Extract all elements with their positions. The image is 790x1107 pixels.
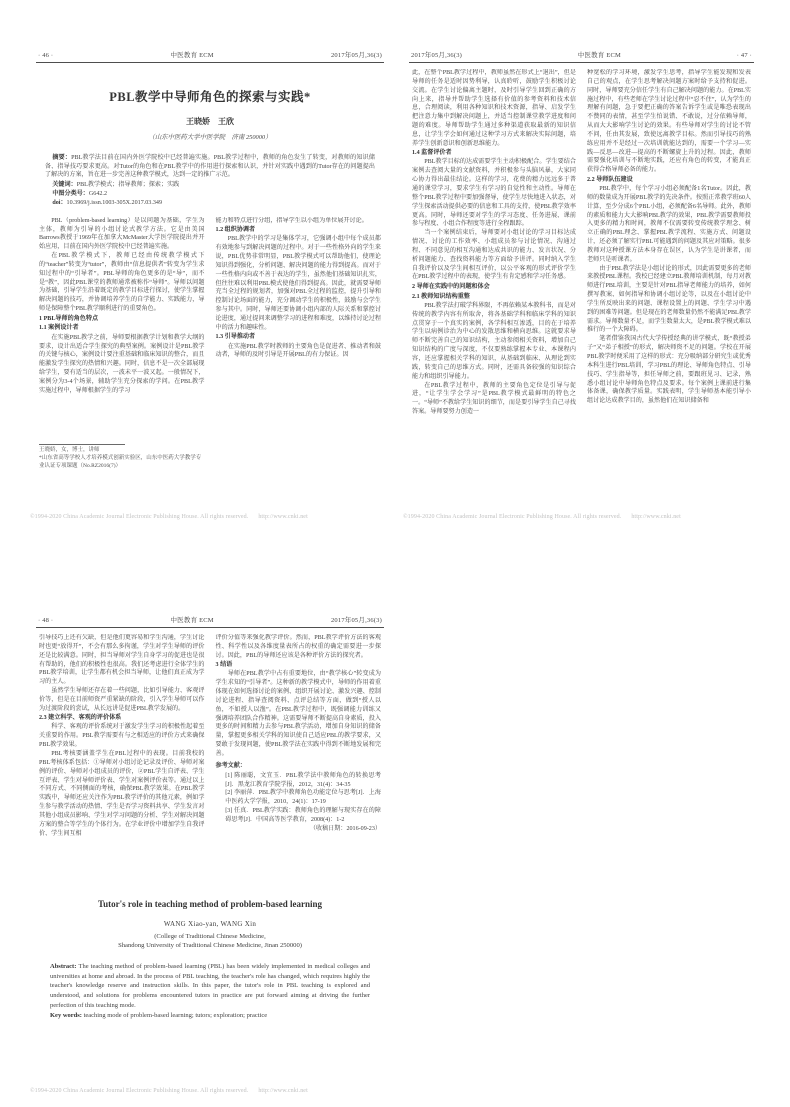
cnki-copyright-footer: ©1994-2020 China Academic Journal Electr… (30, 514, 308, 520)
paragraph: 虽然学生导师还存在着一些问题，比如引导能力、客观评价等，但是在目前师资严重紧缺的… (39, 687, 205, 714)
paragraph: 科学、客观的评价系统对于激发学生学习的积极性起着至关重要的作用。PBL教学需要有… (39, 723, 205, 750)
column-right: 能力和特点进行分组，指导学生以小组为单位展开讨论。 1.2 组织协调者 PBL教… (216, 217, 382, 471)
page-48: · 48 · 中医教育 ECM 2017年05月,36(3) 引导技巧上还有欠缺… (30, 595, 390, 1067)
paragraph: 此，在整个PBL教学过程中，教师虽然在形式上“退出”，但是导师的任务是适时因势利… (412, 69, 576, 149)
copyright-text: ©1994-2020 China Academic Journal Electr… (30, 514, 248, 520)
abstract-label: 摘要： (52, 155, 71, 161)
footnote-rule (39, 444, 125, 445)
cnki-copyright-footer: ©1994-2020 China Academic Journal Electr… (30, 1088, 308, 1094)
section-heading: 1 PBL导师的角色特点 (39, 315, 205, 324)
abstract-block: 摘要：PBL教学法目前在国内外医学院校中已经普遍实施。PBL教学过程中，教师的角… (45, 154, 375, 208)
footnote-fund: *山东省高等学校人才培养模式创新实验区，山东中医药大学教学专业认证专项课题（No… (39, 455, 205, 471)
references-heading: 参考文献： (216, 762, 382, 771)
english-abstract: Abstract: The teaching method of problem… (50, 962, 370, 1021)
paragraph: PBL（problem-based learning）是以问题为基础，学生为主体… (39, 217, 205, 252)
journal-name: 中医教育 ECM (170, 615, 213, 624)
authors: 王晓娇 王欣 (30, 116, 390, 127)
english-abstract-block: Tutor's role in teaching method of probl… (30, 899, 390, 1021)
page-46: · 46 · 中医教育 ECM 2017年05月,36(3) PBL教学中导师角… (30, 30, 390, 508)
copyright-text: ©1994-2020 China Academic Journal Electr… (403, 514, 621, 520)
cnki-url: http://www.cnki.net (258, 1088, 308, 1094)
paragraph: 由于PBL教学法是小组讨论的形式，因此需要更多的老师来教授PBL课程。我校已经建… (587, 265, 751, 336)
paragraph: PBL考核要涵盖学生在PBL过程中的表现。目前我校的PBL考核体系包括：①导师对… (39, 750, 205, 838)
abstract-text: PBL教学法目前在国内外医学院校中已经普遍实施。PBL教学过程中，教师的角色发生… (45, 155, 375, 178)
reference-item: [1] 陈丽聪，文宜玉．PBL教学法中教师角色的转换思考[J]．黑龙江教育学院学… (216, 772, 382, 790)
paragraph: 引导技巧上还有欠缺，但是他们更容易和学生沟通，学生讨论时也更“放得开”，不会有那… (39, 634, 205, 687)
section-heading: 2 导师在实践中的问题和体会 (412, 283, 576, 292)
body-columns: 引导技巧上还有欠缺，但是他们更容易和学生沟通，学生讨论时也更“放得开”，不会有那… (30, 634, 390, 886)
page-header: · 46 · 中医教育 ECM 2017年05月,36(3) (36, 50, 384, 63)
clc-label: 中图分类号： (52, 191, 89, 197)
column-right: 种宽松的学习环境，激发学生思考，指导学生能发现和发表自己的观点，在学生思考解决问… (587, 69, 751, 461)
subsection-heading: 1.3 引导推动者 (216, 333, 382, 342)
paragraph: 在PBL教学过程中，教师的主要角色定位是引导与促进，“让学生学会学习”是PBL教… (412, 382, 576, 417)
page-47: 2017年05月,36(3) 中医教育 ECM · 47 · 此，在整个PBL教… (403, 30, 760, 508)
subsection-heading: 2.1 教师知识结构重整 (412, 293, 576, 302)
journal-name: 中医教育 ECM (170, 50, 213, 59)
affiliation: （山东中医药大学中医学院 济南 250000） (30, 132, 390, 141)
english-abstract-text: The teaching method of problem-based lea… (50, 963, 370, 1009)
page-header: · 48 · 中医教育 ECM 2017年05月,36(3) (36, 615, 384, 628)
paragraph: 导师在PBL教学中占有重要地位，由“教学核心”转变成为学生求知的“引导者”。这种… (216, 670, 382, 758)
column-left: PBL（problem-based learning）是以问题为基础，学生为主体… (39, 217, 205, 471)
paragraph: PBL教学中，每个学习小组必须配备1名Tutor。因此，教师的数量成为开展PBL… (587, 185, 751, 265)
keywords-text: PBL教学模式；指导教师；探索；实践 (77, 182, 180, 188)
english-title: Tutor's role in teaching method of probl… (40, 899, 380, 909)
section-heading: 3 结语 (216, 661, 382, 670)
cnki-url: http://www.cnki.net (258, 514, 308, 520)
english-keywords: Key words: teaching mode of problem-base… (50, 1011, 370, 1021)
clc-number: 中图分类号：G642.2 (45, 190, 375, 199)
subsection-heading: 2.2 导师队伍建设 (587, 176, 751, 185)
subsection-heading: 2.3 建立科学、客观的评价体系 (39, 714, 205, 723)
journal-name: 中医教育 ECM (578, 50, 621, 59)
issue-info: 2017年05月,36(3) (331, 615, 382, 624)
copyright-text: ©1994-2020 China Academic Journal Electr… (30, 1088, 248, 1094)
cnki-copyright-footer: ©1994-2020 China Academic Journal Electr… (403, 514, 681, 520)
doi: doi：10.3969/j.issn.1003-305X.2017.03.349 (45, 199, 375, 208)
english-abstract-paragraph: Abstract: The teaching method of problem… (50, 962, 370, 1011)
paragraph: PBL教学中的学习是集体学习，它强调小组中每个成员都有效地参与到解决问题的过程中… (216, 235, 382, 332)
reference-item: [3] 任真．PBL教学实践：教师角色的理解与现实存在的障碍思考[J]．中国高等… (216, 807, 382, 825)
column-right: 评价分值等来强化教学评价。然而，PBL教学评价方法的客观性、科学性以及各维度量表… (216, 634, 382, 886)
paragraph: 评价分值等来强化教学评价。然而，PBL教学评价方法的客观性、科学性以及各维度量表… (216, 634, 382, 661)
english-abstract-label: Abstract: (50, 963, 78, 970)
doi-value: 10.3969/j.issn.1003-305X.2017.03.349 (67, 200, 162, 206)
cnki-url: http://www.cnki.net (631, 514, 681, 520)
page-number: · 46 · (38, 52, 53, 59)
footnote-author: 王晓娇，女，博士，讲师 (39, 447, 205, 455)
subsection-heading: 1.2 组织协调者 (216, 226, 382, 235)
received-date: （收稿日期：2016-09-23） (216, 825, 382, 834)
paragraph: 能力和特点进行分组，指导学生以小组为单位展开讨论。 (216, 217, 382, 226)
doi-label: doi： (52, 200, 66, 206)
column-left: 此，在整个PBL教学过程中，教师虽然在形式上“退出”，但是导师的任务是适时因势利… (412, 69, 576, 461)
keywords-label: 关键词： (52, 182, 76, 188)
footnote: 王晓娇，女，博士，讲师 *山东省高等学校人才培养模式创新实验区，山东中医药大学教… (39, 444, 205, 470)
paragraph: PBL教学目标的达成需要学生主动积极配合。学生要结合案例去查阅大量的文献资料，并… (412, 158, 576, 229)
issue-info: 2017年05月,36(3) (331, 50, 382, 59)
english-affiliation-line2: Shandong University of Traditional Chine… (40, 941, 380, 950)
page-number: · 47 · (737, 52, 752, 59)
paragraph: 笔者借鉴我国古代大学传授经典的讲学模式，既“教授弟子”又“弟子相授”的形式，解决… (587, 335, 751, 406)
keywords: 关键词：PBL教学模式；指导教师；探索；实践 (45, 181, 375, 190)
column-left: 引导技巧上还有欠缺，但是他们更容易和学生沟通，学生讨论时也更“放得开”，不会有那… (39, 634, 205, 886)
reference-item: [2] 李丽萍．PBL教学中教师角色功能定位与思考[J]．上海中医药大学学报，2… (216, 789, 382, 807)
paragraph: 在实施PBL教学时教师的主要角色是促进者、推动者和鼓动者，导师的及时引导是开展P… (216, 343, 382, 361)
subsection-heading: 1.4 监督评价者 (412, 149, 576, 158)
abstract: 摘要：PBL教学法目前在国内外医学院校中已经普遍实施。PBL教学过程中，教师的角… (45, 154, 375, 180)
subsection-heading: 1.1 案例设计者 (39, 324, 205, 333)
english-keywords-label: Key words: (50, 1012, 84, 1019)
english-keywords-text: teaching mode of problem-based learning;… (84, 1012, 268, 1019)
issue-info: 2017年05月,36(3) (411, 50, 462, 59)
paragraph: 在实施PBL教学之前，导师要根据教学计划和教学大纲的要求，设计出适合学生探究的典… (39, 334, 205, 396)
paragraph: 在PBL教学模式下，教师已经由传统教学模式下的“teacher”转变为“tuto… (39, 252, 205, 314)
english-affiliation-line1: (College of Traditional Chinese Medicine… (40, 932, 380, 941)
paragraph: 当一个案例结束后，导师要对小组讨论的学习目标达成情况、讨论的工作效率、小组成员参… (412, 229, 576, 282)
english-authors: WANG Xiao-yan, WANG Xin (40, 920, 380, 928)
paragraph: 种宽松的学习环境，激发学生思考，指导学生能发现和发表自己的观点，在学生思考解决问… (587, 69, 751, 175)
page-number: · 48 · (38, 617, 53, 624)
body-columns: 此，在整个PBL教学过程中，教师虽然在形式上“退出”，但是导师的任务是适时因势利… (403, 69, 760, 461)
page-header: 2017年05月,36(3) 中医教育 ECM · 47 · (409, 50, 754, 63)
article-title: PBL教学中导师角色的探索与实践* (30, 87, 390, 105)
clc-value: G642.2 (89, 191, 107, 197)
paragraph: PBL教学法打破学科界限，不再依赖某本教科书，而是对传统的教学内容有所取舍，将各… (412, 302, 576, 382)
body-columns: PBL（problem-based learning）是以问题为基础，学生为主体… (30, 217, 390, 471)
